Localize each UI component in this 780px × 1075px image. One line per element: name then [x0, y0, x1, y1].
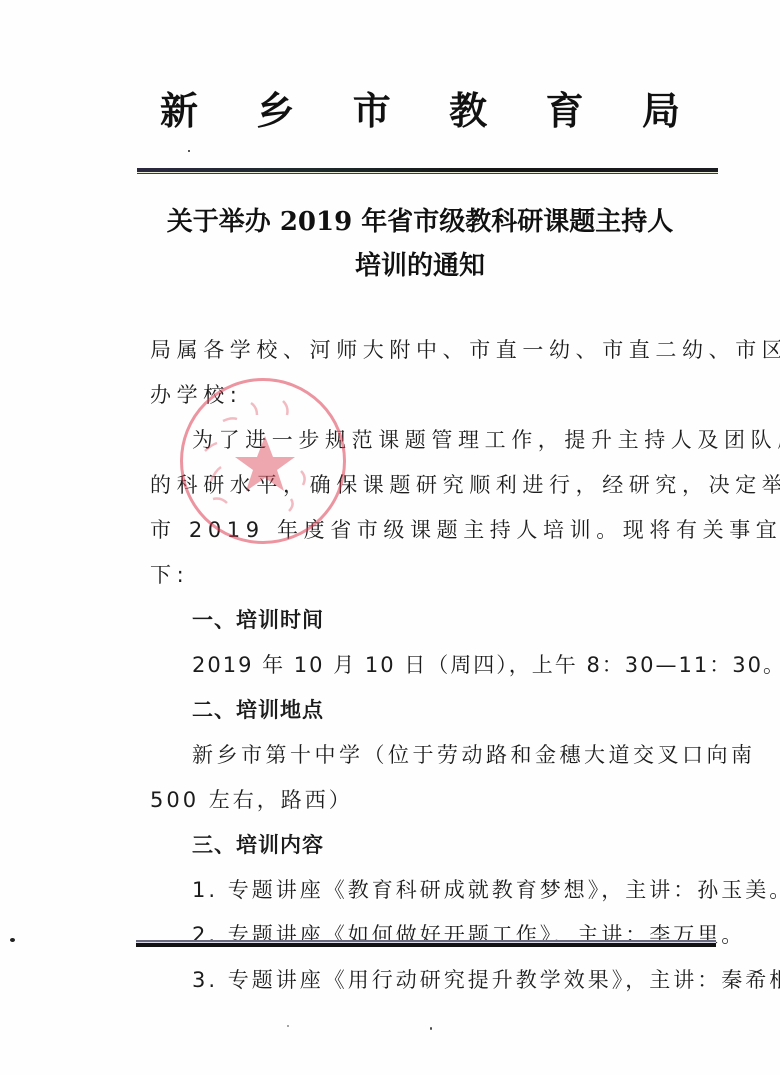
salutation-line-1: 局属各学校、河师大附中、市直一幼、市直二幼、市区各民 — [150, 328, 690, 373]
title-line-1: 关于举办 2019 年省市级教科研课题主持人 — [140, 200, 700, 244]
training-location-line-1: 新乡市第十中学（位于劳动路和金穗大道交叉口向南 — [150, 733, 690, 778]
content-item-2: 2. 专题讲座《如何做好开题工作》，主讲：李万里。 — [150, 913, 690, 958]
training-time: 2019 年 10 月 10 日（周四），上午 8：30—11：30。 — [150, 643, 690, 688]
letterhead-char: 局 — [642, 86, 680, 136]
letterhead-char: 新 — [160, 86, 198, 136]
salutation-line-2: 办学校: — [150, 373, 690, 418]
divider-thin-line — [137, 173, 718, 174]
title-line-2: 培训的通知 — [140, 244, 700, 288]
scan-speck — [10, 938, 15, 942]
document-page: 新 乡 市 教 育 局 关于举办 2019 年省市级教科研课题主持人 培训的通知… — [0, 0, 780, 1075]
section-heading-time: 一、培训时间 — [150, 598, 690, 643]
scan-speck — [287, 1025, 289, 1027]
letterhead-char: 乡 — [256, 86, 294, 136]
intro-line-4: 下: — [150, 553, 690, 598]
section-heading-location: 二、培训地点 — [150, 688, 690, 733]
intro-line-1: 为了进一步规范课题管理工作，提升主持人及团队成员 — [150, 418, 690, 463]
letterhead-char: 市 — [353, 86, 391, 136]
divider-thick-line — [136, 943, 716, 947]
intro-line-3: 市 2019 年度省市级课题主持人培训。现将有关事宜通知如 — [150, 508, 690, 553]
footer-divider — [136, 940, 716, 947]
letterhead-divider — [137, 168, 718, 174]
document-body: 局属各学校、河师大附中、市直一幼、市直二幼、市区各民 办学校: 为了进一步规范课… — [150, 328, 690, 1003]
content-item-1: 1. 专题讲座《教育科研成就教育梦想》，主讲：孙玉美。 — [150, 868, 690, 913]
content-item-3: 3. 专题讲座《用行动研究提升教学效果》，主讲：秦希根。 — [150, 958, 690, 1003]
letterhead-char: 育 — [546, 86, 584, 136]
letterhead-char: 教 — [449, 86, 487, 136]
training-location-line-2: 500 左右，路西） — [150, 778, 690, 823]
intro-line-2: 的科研水平，确保课题研究顺利进行，经研究，决定举办全 — [150, 463, 690, 508]
scan-speck — [430, 1027, 432, 1030]
document-title: 关于举办 2019 年省市级教科研课题主持人 培训的通知 — [140, 200, 700, 288]
letterhead-issuer: 新 乡 市 教 育 局 — [160, 86, 680, 136]
scan-speck — [188, 150, 190, 152]
section-heading-content: 三、培训内容 — [150, 823, 690, 868]
